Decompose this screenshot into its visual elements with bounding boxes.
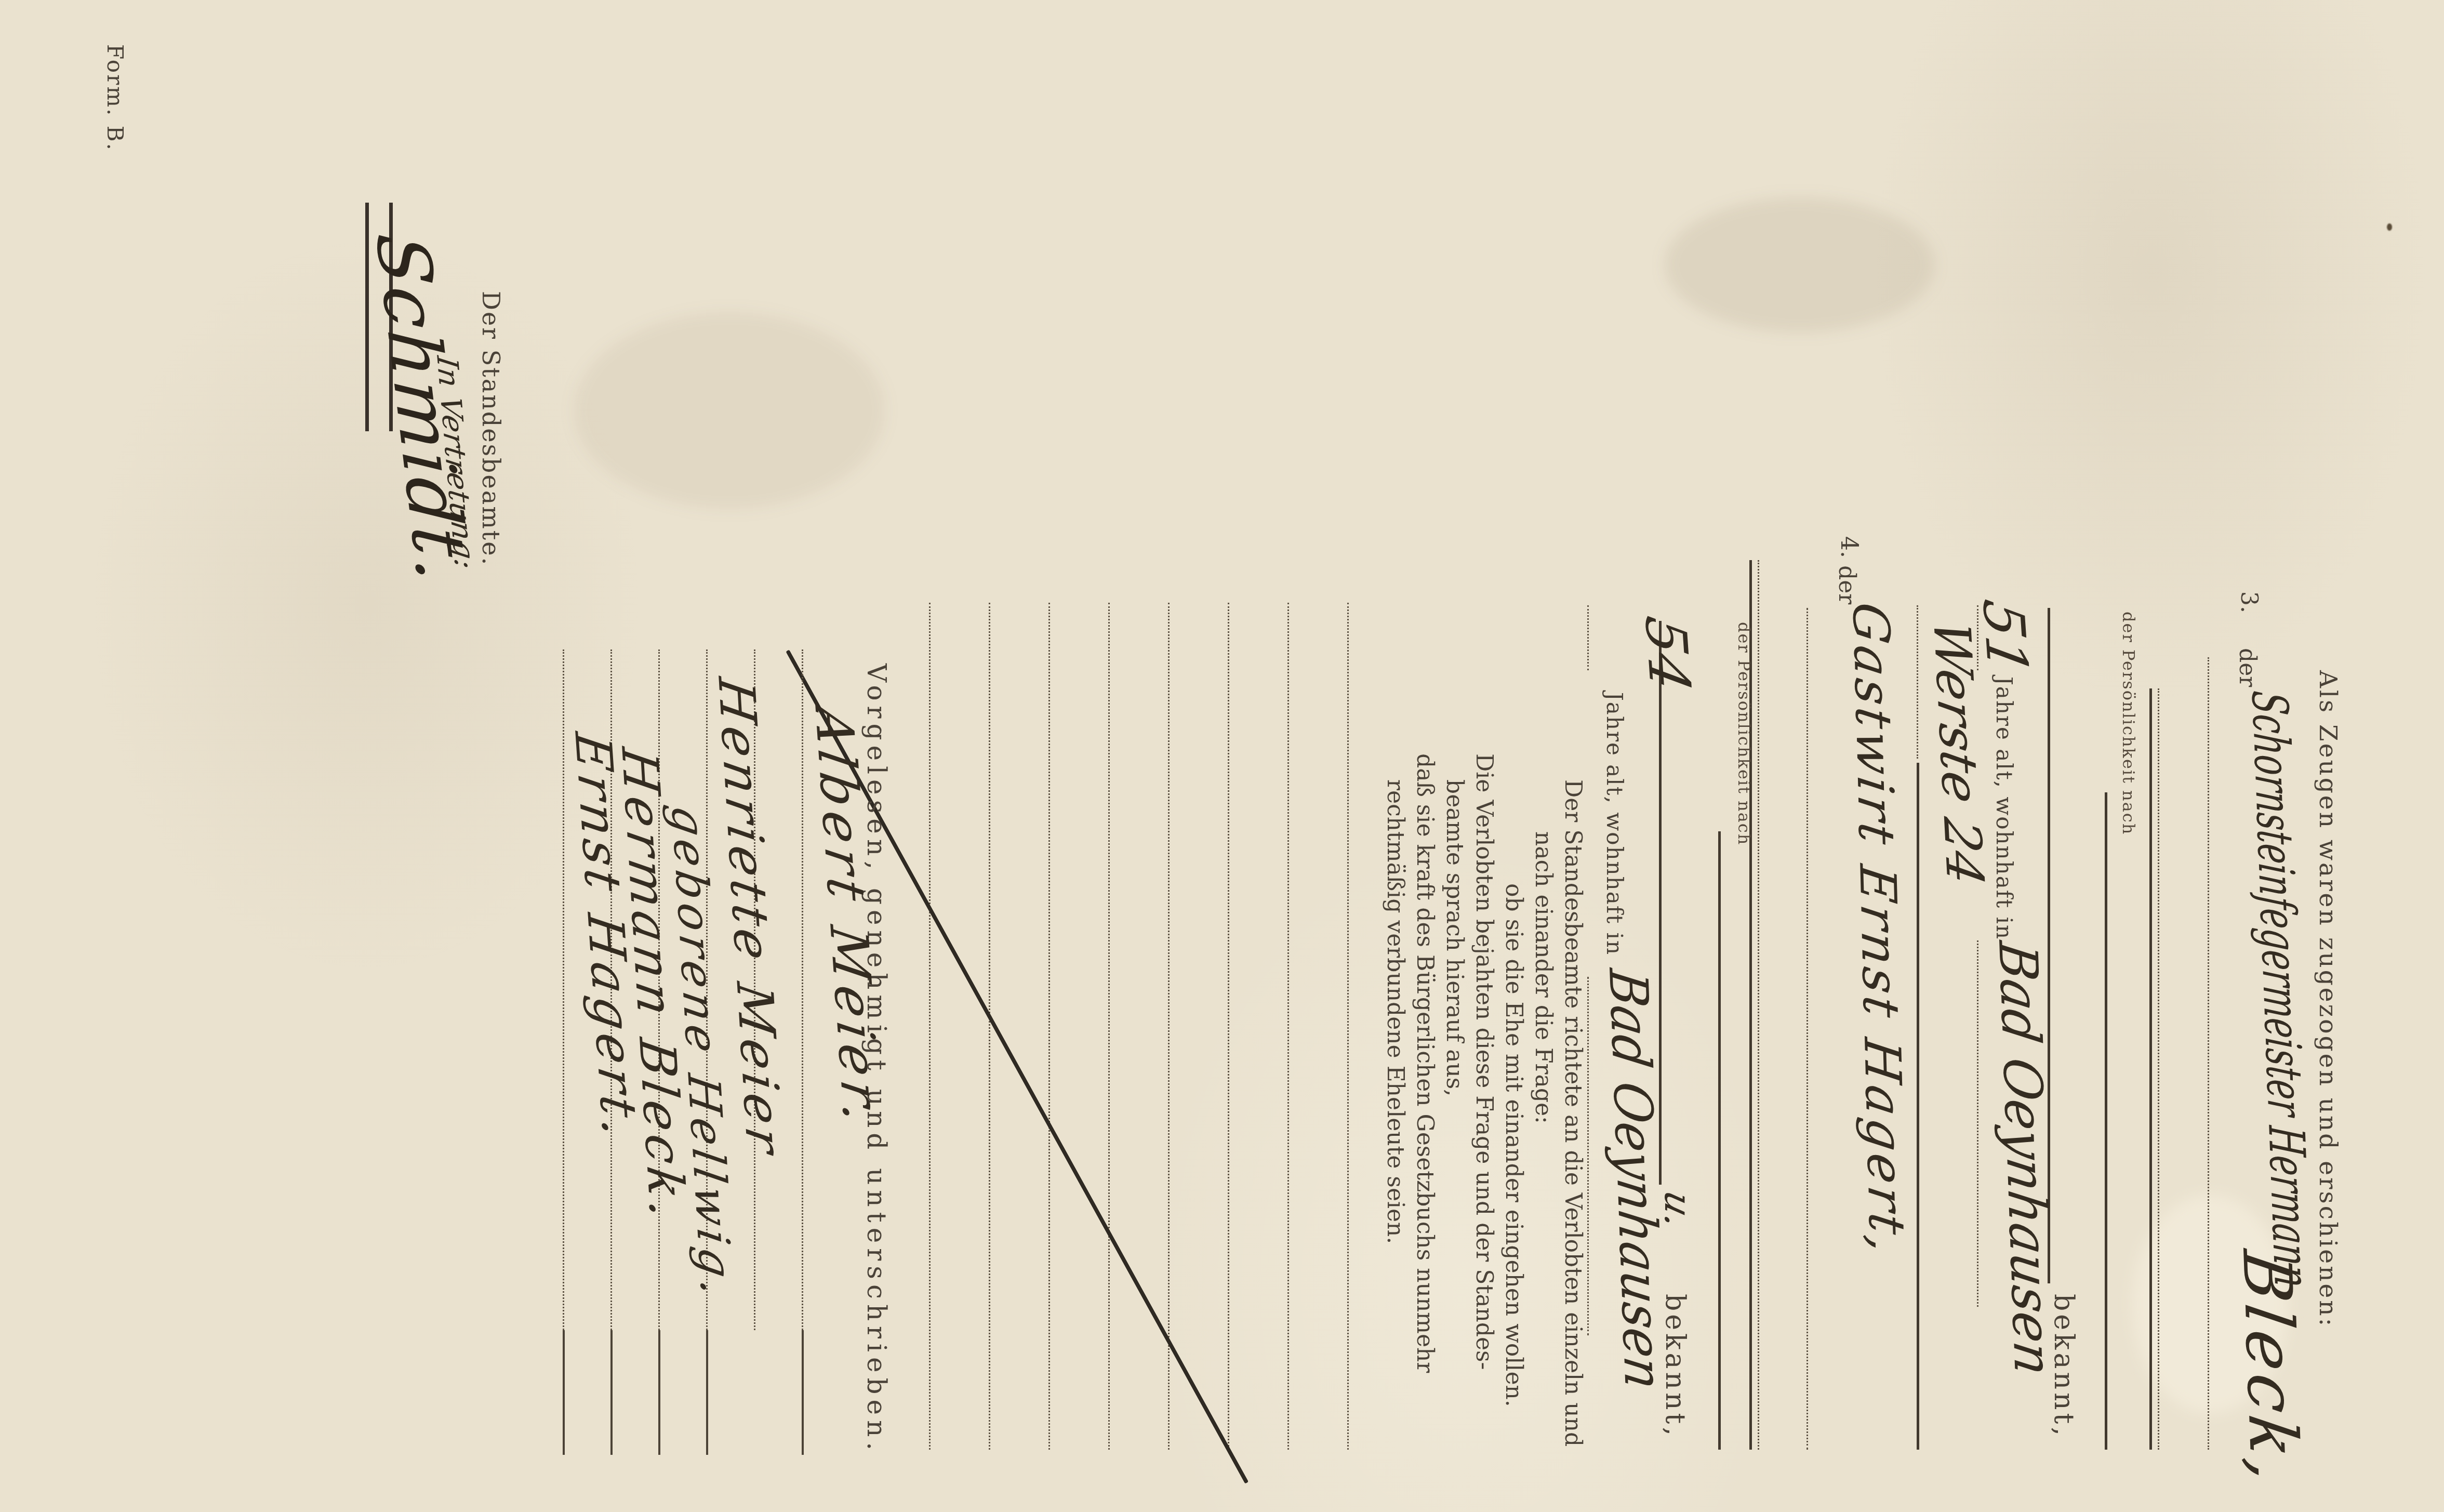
blank-dotted-line [1108,603,1110,1450]
registrar-title: Der Standesbeamte. [477,291,505,566]
witness4-article: der [1834,565,1860,604]
witness3-residence-handwriting: Bad Oeynhausen [1986,938,2064,1379]
witness4-number: 4. [1836,536,1862,558]
rule-line [2149,688,2152,1450]
declaration-line: daß sie kraft des Bürgerlichen Gesetzbuc… [1410,753,1440,1481]
dotted-line [1917,605,1918,759]
declaration-line: Der Standesbeamte richtete an die Verlob… [1558,779,1588,1481]
blank-dotted-line [1048,603,1050,1450]
declaration-line: beamte sprach hierauf aus, [1440,779,1469,1481]
ink-speck [2387,223,2392,231]
witness3-age-label: Jahre alt, wohnhaft in [1991,677,2017,940]
signature-line [563,649,564,1330]
dotted-line [2208,657,2209,1450]
blank-dotted-line [1228,603,1229,1450]
document-page: Form. B. Als Zeugen waren zugezogen und … [0,0,2444,1512]
witness3-surname-handwriting: Bleck, [2227,1246,2313,1492]
declaration-paragraph: Der Standesbeamte richtete an die Verlob… [1380,753,1588,1481]
witness3-number: 3. [2236,591,2262,613]
blank-dotted-line [929,603,931,1450]
rule-line [1917,763,1919,1450]
dotted-line [2158,688,2159,1450]
paper-stain [1665,197,1935,333]
blank-dotted-line [1347,603,1349,1450]
signature-line-end [563,1330,565,1455]
witness4-residence-handwriting: Bad Oeynhausen [1597,966,1674,1394]
blank-dotted-line [1168,603,1170,1450]
witness4-identity-label: der Persönlichkeit nach [1734,622,1754,845]
paper-stain [574,312,885,509]
signature-line-end [610,1330,613,1455]
rule-line [1718,831,1721,1450]
dotted-line [1807,608,1808,1450]
signature-line-end [658,1330,660,1455]
dotted-line [1587,605,1589,670]
witness3-identity-label: der Persönlichkeit nach [2119,612,2138,835]
witness4-age-handwriting: 54 [1632,612,1702,696]
blank-dotted-line [1287,603,1289,1450]
dotted-line [1977,940,1978,1307]
witness3-article: der [2234,648,2261,687]
signature-line [802,649,803,1330]
declaration-line: nach einander die Frage: [1529,831,1558,1481]
witness4-age-label: Jahre alt, wohnhaft in [1602,692,1627,956]
witness3-occupation-name-handwriting: Schornsteinfegermeister Hermann [2240,689,2320,1289]
signature-line-end [802,1330,804,1455]
witness4-occupation-name-handwriting: Gastwirt Ernst Hagert, [1841,599,1917,1260]
declaration-line: ob sie die Ehe mit einander eingehen wol… [1499,883,1529,1481]
signature-line-end [706,1330,708,1455]
form-number-label: Form. B. [102,44,128,152]
blank-dotted-line [989,603,990,1450]
declaration-line: Die Verlobten bejahten diese Frage und d… [1469,753,1499,1481]
scanned-document: Form. B. Als Zeugen waren zugezogen und … [0,0,2444,1512]
rule-line [2105,792,2107,1450]
dotted-line [1758,560,1759,1450]
declaration-line: rechtmäßig verbundene Eheleute seien. [1380,779,1410,1481]
